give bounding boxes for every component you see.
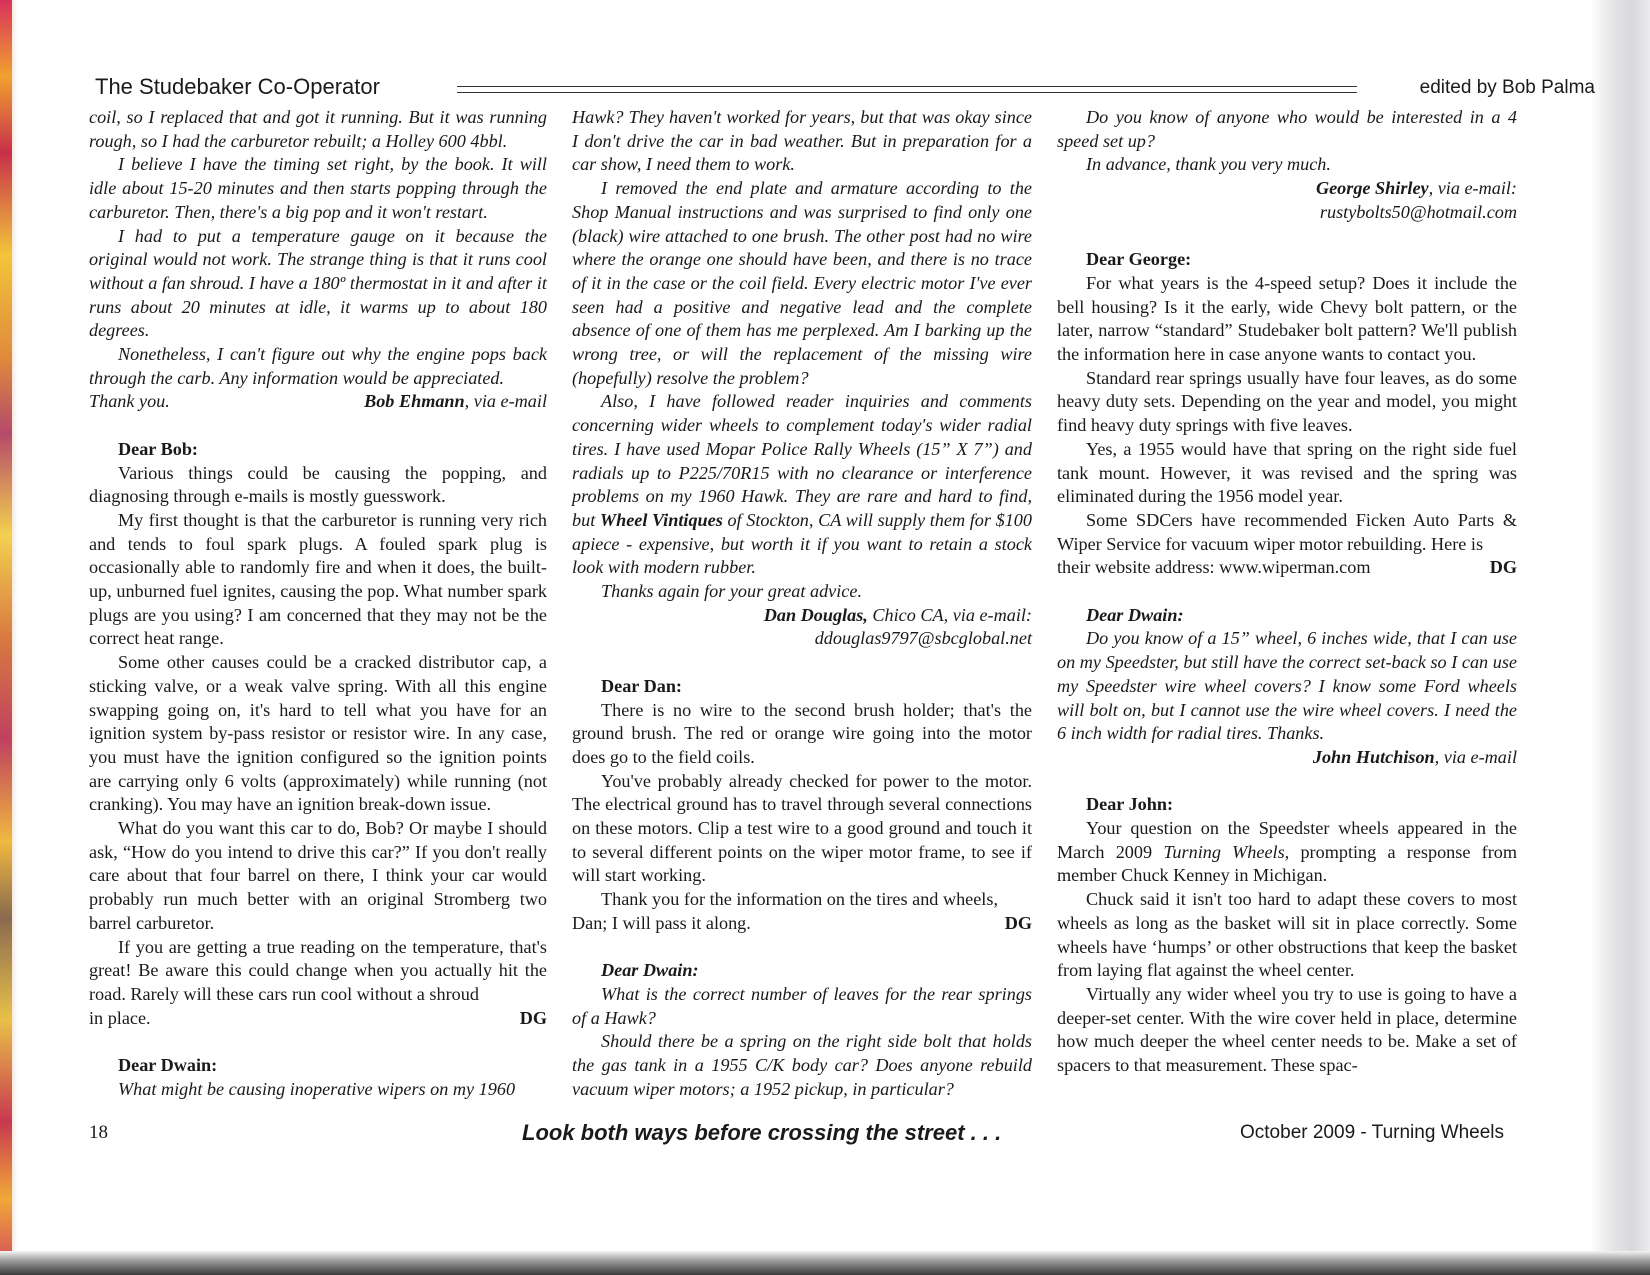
page-number: 18	[89, 1122, 108, 1144]
reply-paragraph: Standard rear springs usually have four …	[1057, 367, 1517, 438]
issue-label: October 2009 - Turning Wheels	[1240, 1122, 1504, 1144]
letter-paragraph: I removed the end plate and armature acc…	[572, 177, 1032, 390]
reply-paragraph: What do you want this car to do, Bob? Or…	[89, 817, 547, 936]
reply-signoff: their website address: www.wiperman.com …	[1057, 556, 1517, 580]
reply-salutation: Dear John:	[1057, 793, 1517, 817]
page-bottom-shadow	[0, 1251, 1650, 1275]
letter-salutation: Dear Dwain:	[89, 1054, 547, 1078]
signer-via: , via e-mail:	[1429, 178, 1517, 198]
signer-via: , via e-mail	[465, 391, 547, 411]
column-title: The Studebaker Co-Operator	[95, 74, 380, 100]
letter-salutation: Dear Dwain:	[572, 959, 1032, 983]
page-header: The Studebaker Co-Operator edited by Bob…	[95, 74, 1595, 108]
header-double-rule	[457, 86, 1357, 93]
reply-last-line: in place.	[89, 1007, 151, 1031]
reply-paragraph: There is no wire to the second brush hol…	[572, 699, 1032, 770]
reply-paragraph: You've probably already checked for powe…	[572, 770, 1032, 889]
signer-via: Chico CA, via e-mail:	[868, 605, 1032, 625]
letter-salutation: Dear Dwain:	[1057, 604, 1517, 628]
letter-paragraph: What is the correct number of leaves for…	[572, 983, 1032, 1030]
reply-signoff: in place. DG	[89, 1007, 547, 1031]
reply-paragraph: Chuck said it isn't too hard to adapt th…	[1057, 888, 1517, 983]
page-edge-color-strip	[0, 0, 12, 1275]
editor-initials: DG	[520, 1007, 547, 1031]
editor-initials: DG	[1005, 912, 1032, 936]
letter-paragraph: Do you know of a 15” wheel, 6 inches wid…	[1057, 627, 1517, 746]
signer-name: George Shirley	[1316, 178, 1429, 198]
column-2: Hawk? They haven't worked for years, but…	[572, 106, 1032, 1102]
letter-signature: Dan Douglas, Chico CA, via e-mail:	[572, 604, 1032, 628]
letter-paragraph: I had to put a temperature gauge on it b…	[89, 225, 547, 344]
letter-closing: Thank you.	[89, 390, 170, 414]
magazine-title: Turning Wheels,	[1163, 842, 1289, 862]
reply-salutation: Dear Dan:	[572, 675, 1032, 699]
reply-paragraph: If you are getting a true reading on the…	[89, 936, 547, 1007]
reply-paragraph: Your question on the Speedster wheels ap…	[1057, 817, 1517, 888]
reply-paragraph: Yes, a 1955 would have that spring on th…	[1057, 438, 1517, 509]
reply-paragraph: For what years is the 4-speed setup? Doe…	[1057, 272, 1517, 367]
letter-paragraph: Also, I have followed reader inquiries a…	[572, 390, 1032, 580]
footer-slogan: Look both ways before crossing the stree…	[522, 1120, 1001, 1146]
letter-signature: George Shirley, via e-mail:	[1057, 177, 1517, 201]
column-1: coil, so I replaced that and got it runn…	[89, 106, 547, 1102]
letter-paragraph: Do you know of anyone who would be inter…	[1057, 106, 1517, 153]
business-name: Wheel Vintiques	[600, 510, 723, 530]
page-gutter-shadow	[1590, 0, 1650, 1275]
editor-initials: DG	[1490, 556, 1517, 580]
website-address: their website address: www.wiperman.com	[1057, 556, 1370, 580]
letter-signature: John Hutchison, via e-mail	[1057, 746, 1517, 770]
signer-via: , via e-mail	[1435, 747, 1517, 767]
letter-paragraph: In advance, thank you very much.	[1057, 153, 1517, 177]
letter-paragraph: What might be causing inoperative wipers…	[89, 1078, 547, 1102]
reply-paragraph: Virtually any wider wheel you try to use…	[1057, 983, 1517, 1078]
letter-paragraph: Nonetheless, I can't figure out why the …	[89, 343, 547, 390]
letter-signature: Thank you. Bob Ehmann, via e-mail	[89, 390, 547, 414]
reply-signoff: Dan; I will pass it along. DG	[572, 912, 1032, 936]
signer-name: John Hutchison	[1313, 747, 1435, 767]
reply-paragraph: Some other causes could be a cracked dis…	[89, 651, 547, 817]
signer-name: Bob Ehmann	[364, 391, 465, 411]
reply-salutation: Dear Bob:	[89, 438, 547, 462]
column-3: Do you know of anyone who would be inter…	[1057, 106, 1517, 1078]
letter-paragraph: I believe I have the timing set right, b…	[89, 153, 547, 224]
reply-paragraph: Various things could be causing the popp…	[89, 462, 547, 509]
column-editor: edited by Bob Palma	[1420, 77, 1595, 99]
reply-paragraph: Thank you for the information on the tir…	[572, 888, 1032, 912]
letter-paragraph: Should there be a spring on the right si…	[572, 1030, 1032, 1101]
signer-email: ddouglas9797@sbcglobal.net	[572, 627, 1032, 651]
signer-name: Dan Douglas,	[764, 605, 868, 625]
reply-last-line: Dan; I will pass it along.	[572, 912, 751, 936]
reply-paragraph: My first thought is that the carburetor …	[89, 509, 547, 651]
letter-paragraph: Hawk? They haven't worked for years, but…	[572, 106, 1032, 177]
letter-paragraph: Thanks again for your great advice.	[572, 580, 1032, 604]
reply-salutation: Dear George:	[1057, 248, 1517, 272]
reply-paragraph: Some SDCers have recommended Ficken Auto…	[1057, 509, 1517, 556]
letter-paragraph: coil, so I replaced that and got it runn…	[89, 106, 547, 153]
signer-email: rustybolts50@hotmail.com	[1057, 201, 1517, 225]
